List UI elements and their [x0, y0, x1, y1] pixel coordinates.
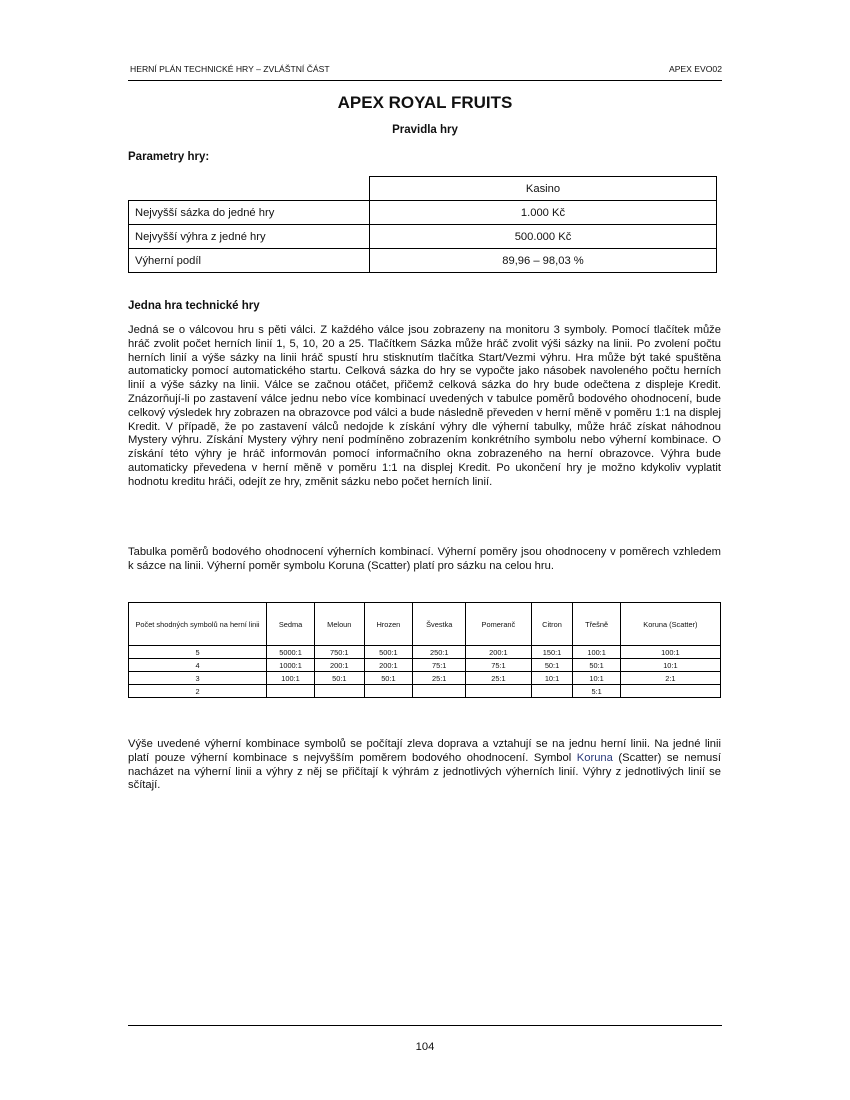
paytable-row: 55000:1750:1500:1250:1200:1150:1100:1100… — [129, 646, 721, 659]
paytable-count-cell: 3 — [129, 672, 267, 685]
notes-highlight: Koruna — [577, 752, 613, 764]
paytable-value-cell: 150:1 — [531, 646, 573, 659]
paytable-value-cell: 50:1 — [364, 672, 413, 685]
paytable-value-cell: 75:1 — [413, 659, 466, 672]
paytable-value-cell: 5000:1 — [267, 646, 315, 659]
header-rule — [128, 80, 722, 81]
paytable-value-cell: 10:1 — [531, 672, 573, 685]
paytable-value-cell: 250:1 — [413, 646, 466, 659]
paytable-value-cell: 100:1 — [267, 672, 315, 685]
paytable-symbol-header: Meloun — [315, 603, 364, 646]
header-right: APEX EVO02 — [669, 64, 722, 74]
params-header-row: Kasino — [129, 177, 717, 201]
paytable-symbol-header: Hrozen — [364, 603, 413, 646]
paytable-symbol-header: Koruna (Scatter) — [620, 603, 720, 646]
paytable-count-cell: 5 — [129, 646, 267, 659]
params-row-value: 1.000 Kč — [370, 201, 717, 225]
paytable-value-cell: 50:1 — [573, 659, 620, 672]
paytable-value-cell: 25:1 — [413, 672, 466, 685]
paytable-value-cell — [267, 685, 315, 698]
paytable-intro-paragraph: Tabulka poměrů bodového ohodnocení výher… — [128, 546, 721, 574]
params-row-label: Výherní podíl — [129, 249, 370, 273]
paytable-value-cell: 75:1 — [466, 659, 531, 672]
paytable-value-cell — [315, 685, 364, 698]
paytable-symbol-header: Švestka — [413, 603, 466, 646]
params-row: Nejvyšší výhra z jedné hry 500.000 Kč — [129, 225, 717, 249]
game-description-paragraph: Jedná se o válcovou hru s pěti válci. Z … — [128, 324, 721, 490]
params-row-label: Nejvyšší sázka do jedné hry — [129, 201, 370, 225]
paytable-value-cell: 100:1 — [573, 646, 620, 659]
paytable-value-cell: 750:1 — [315, 646, 364, 659]
running-header: HERNÍ PLÁN TECHNICKÉ HRY – ZVLÁŠTNÍ ČÁST… — [130, 64, 722, 74]
paytable-value-cell — [620, 685, 720, 698]
paytable-value-cell — [466, 685, 531, 698]
paytable-symbol-header: Pomeranč — [466, 603, 531, 646]
paytable-value-cell: 1000:1 — [267, 659, 315, 672]
paytable-value-cell: 500:1 — [364, 646, 413, 659]
paytable-value-cell: 100:1 — [620, 646, 720, 659]
paytable-row: 41000:1200:1200:175:175:150:150:110:1 — [129, 659, 721, 672]
header-left: HERNÍ PLÁN TECHNICKÉ HRY – ZVLÁŠTNÍ ČÁST — [130, 64, 330, 74]
paytable-header-row: Počet shodných symbolů na herní linii Se… — [129, 603, 721, 646]
params-table: Kasino Nejvyšší sázka do jedné hry 1.000… — [128, 176, 717, 273]
paytable-count-cell: 4 — [129, 659, 267, 672]
page-number: 104 — [128, 1041, 722, 1053]
paytable-value-cell: 10:1 — [573, 672, 620, 685]
paytable-body: 55000:1750:1500:1250:1200:1150:1100:1100… — [129, 646, 721, 698]
paytable-value-cell: 5:1 — [573, 685, 620, 698]
paytable-symbol-header: Třešně — [573, 603, 620, 646]
paytable-value-cell: 50:1 — [531, 659, 573, 672]
paytable-value-cell — [531, 685, 573, 698]
paytable-first-header: Počet shodných symbolů na herní linii — [129, 603, 267, 646]
paytable-row: 25:1 — [129, 685, 721, 698]
section-heading: Jedna hra technické hry — [128, 300, 260, 312]
paytable-value-cell: 2:1 — [620, 672, 720, 685]
paytable-symbol-header: Sedma — [267, 603, 315, 646]
paytable: Počet shodných symbolů na herní linii Se… — [128, 602, 721, 698]
params-row-value: 89,96 – 98,03 % — [370, 249, 717, 273]
page-title: APEX ROYAL FRUITS — [128, 93, 722, 113]
params-row: Nejvyšší sázka do jedné hry 1.000 Kč — [129, 201, 717, 225]
paytable-count-cell: 2 — [129, 685, 267, 698]
params-row-label: Nejvyšší výhra z jedné hry — [129, 225, 370, 249]
paytable-value-cell: 50:1 — [315, 672, 364, 685]
params-column-header: Kasino — [370, 177, 717, 201]
paytable-value-cell — [413, 685, 466, 698]
paytable-notes-paragraph: Výše uvedené výherní kombinace symbolů s… — [128, 738, 721, 793]
paytable-value-cell: 25:1 — [466, 672, 531, 685]
document-page: HERNÍ PLÁN TECHNICKÉ HRY – ZVLÁŠTNÍ ČÁST… — [0, 0, 850, 1100]
paytable-value-cell: 200:1 — [315, 659, 364, 672]
paytable-value-cell: 200:1 — [466, 646, 531, 659]
paytable-value-cell: 200:1 — [364, 659, 413, 672]
footer-rule — [128, 1025, 722, 1026]
params-heading: Parametry hry: — [128, 151, 209, 163]
page-subtitle: Pravidla hry — [128, 124, 722, 136]
paytable-row: 3100:150:150:125:125:110:110:12:1 — [129, 672, 721, 685]
params-row: Výherní podíl 89,96 – 98,03 % — [129, 249, 717, 273]
params-row-value: 500.000 Kč — [370, 225, 717, 249]
paytable-symbol-header: Citron — [531, 603, 573, 646]
paytable-value-cell: 10:1 — [620, 659, 720, 672]
paytable-value-cell — [364, 685, 413, 698]
